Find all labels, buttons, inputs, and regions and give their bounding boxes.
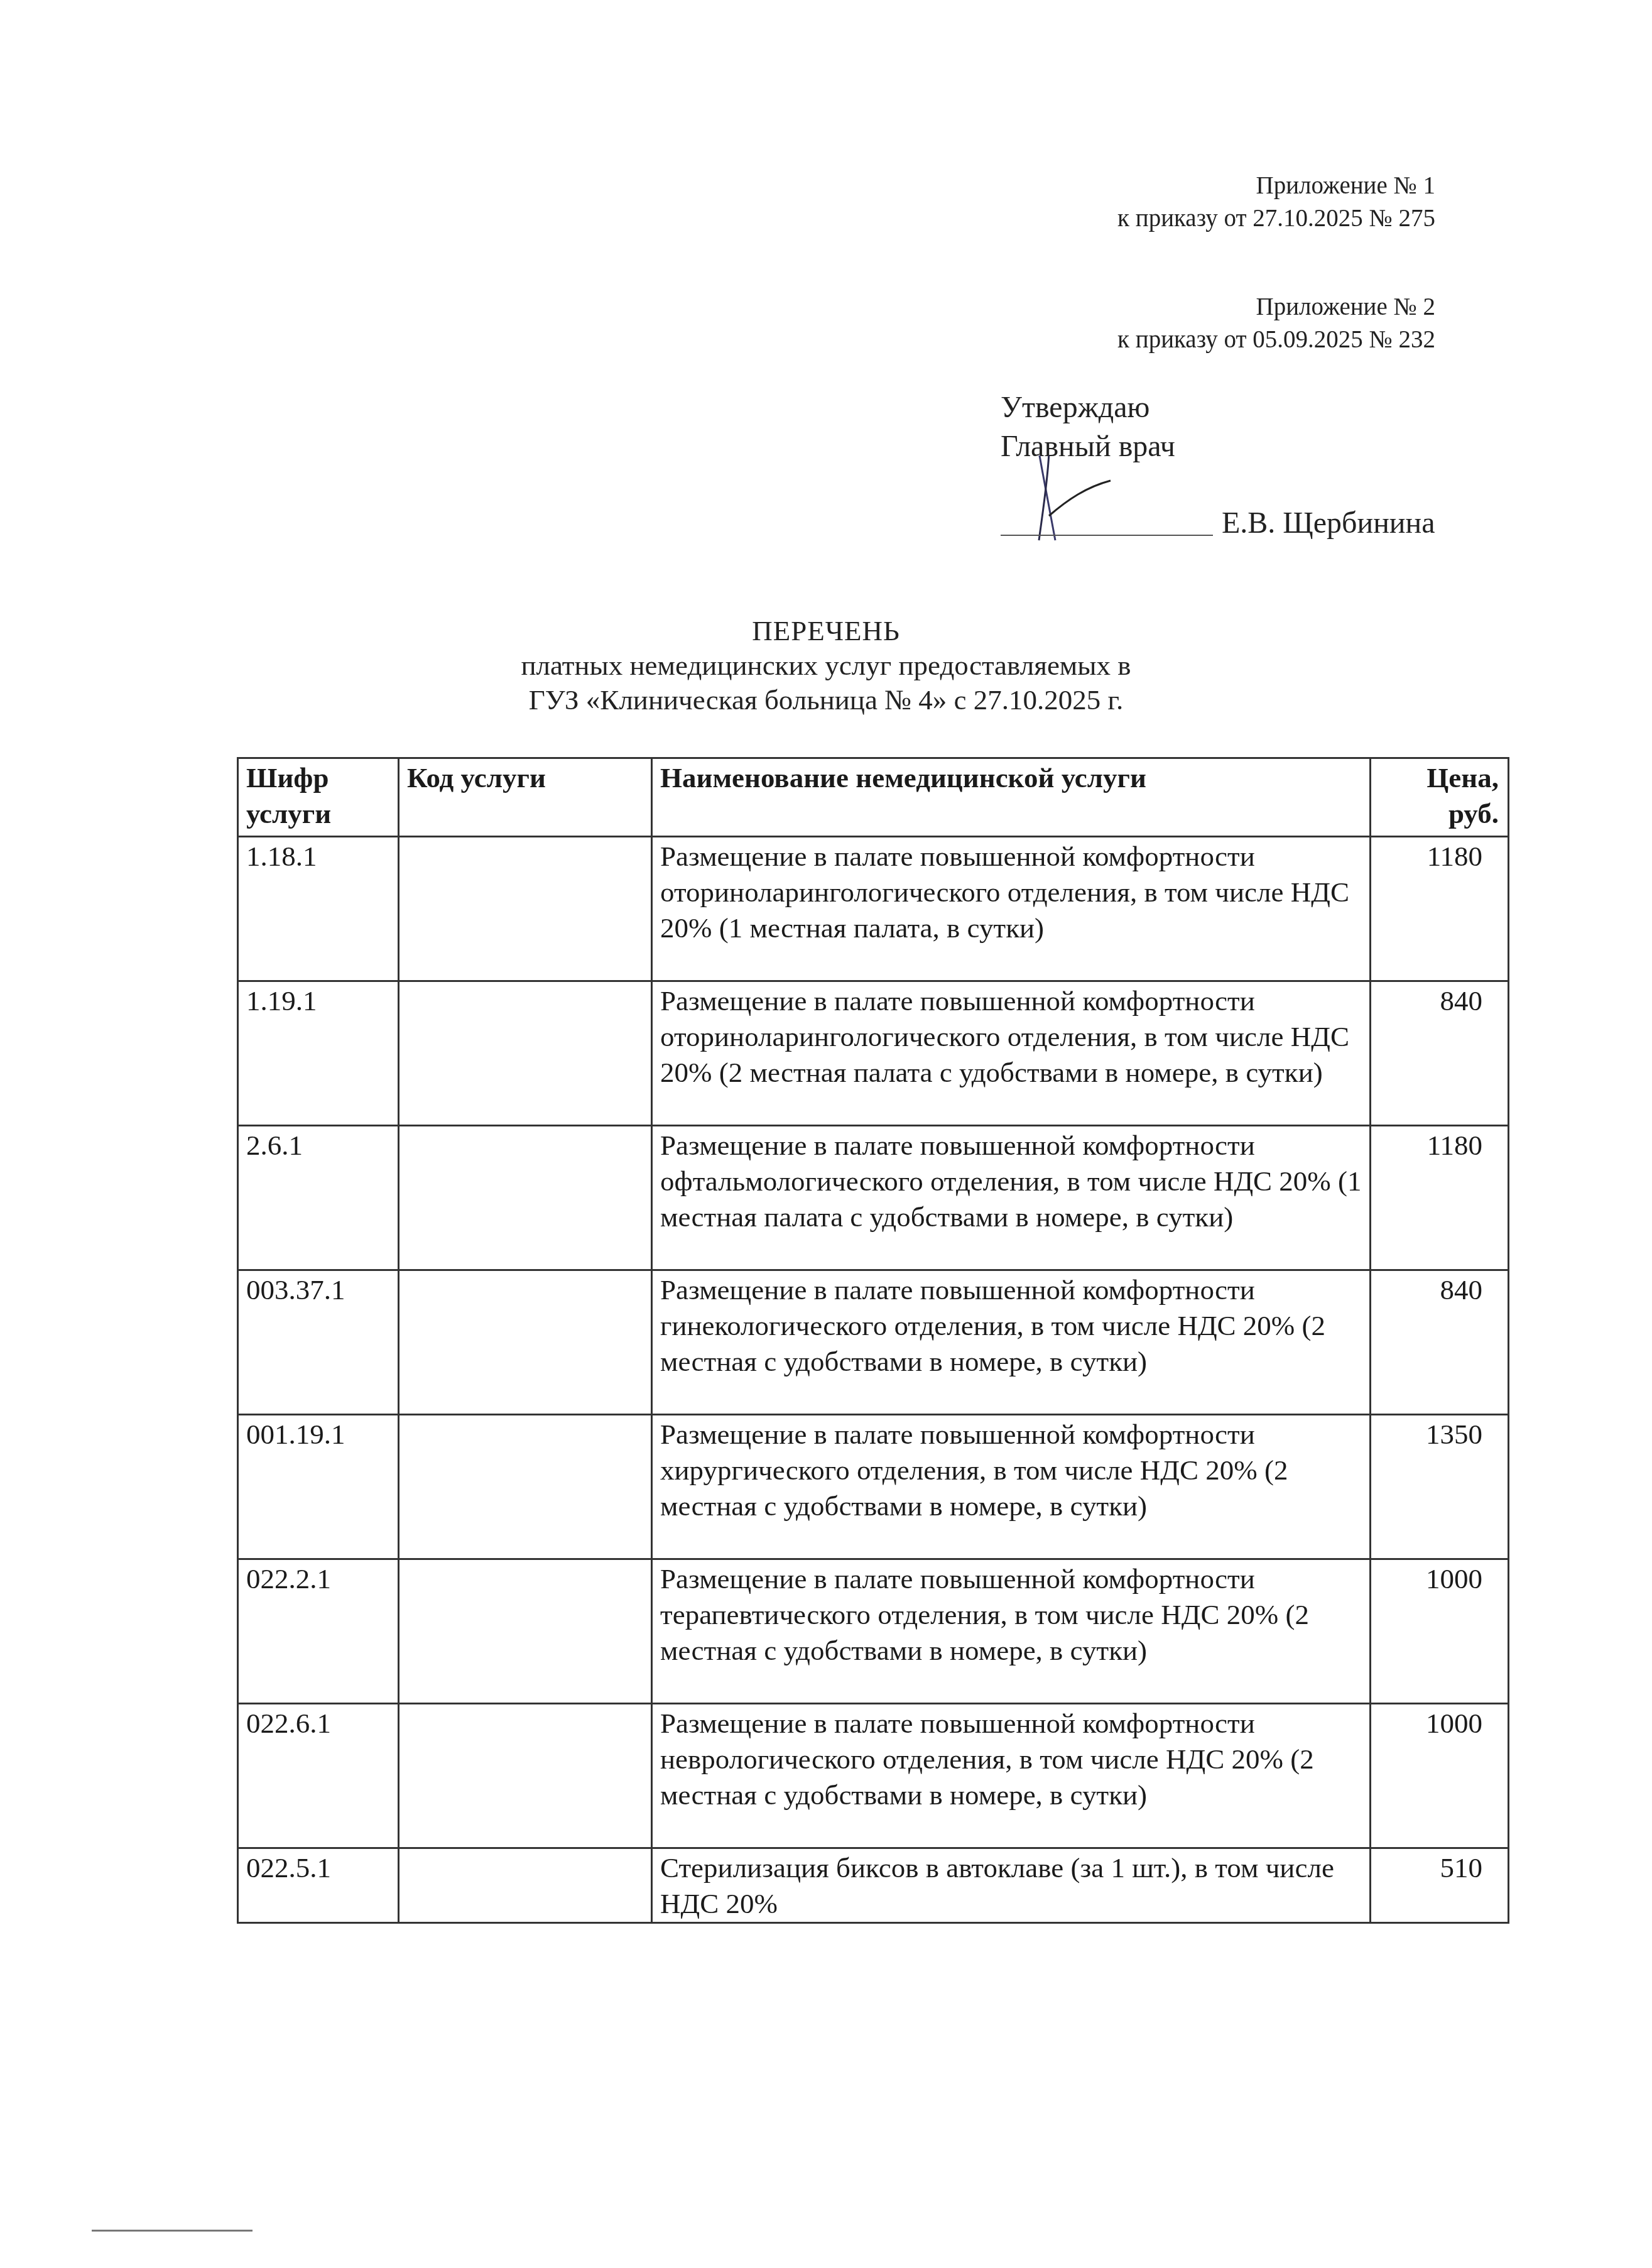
signature-line: [1001, 535, 1213, 536]
cell-service-code: [399, 1415, 652, 1559]
appendix-2-title: Приложение № 2: [1117, 291, 1435, 324]
appendix-2-order: к приказу от 05.09.2025 № 232: [1117, 324, 1435, 356]
appendix-1-order: к приказу от 27.10.2025 № 275: [1117, 202, 1435, 235]
table-row: 022.5.1 Стерилизация биксов в автоклаве …: [238, 1848, 1509, 1923]
footnote-separator-line: [92, 2230, 253, 2232]
header-service-name: Наименование немедицинской услуги: [652, 758, 1371, 837]
title-subtitle-line-2: ГУЗ «Клиническая больница № 4» с 27.10.2…: [0, 683, 1652, 717]
cell-service-name: Размещение в палате повышенной комфортно…: [652, 1559, 1371, 1704]
cell-code: 001.19.1: [238, 1415, 399, 1559]
cell-service-name: Размещение в палате повышенной комфортно…: [652, 1415, 1371, 1559]
header-code: Шифр услуги: [238, 758, 399, 837]
appendix-2-reference: Приложение № 2 к приказу от 05.09.2025 №…: [1117, 291, 1435, 356]
cell-service-name: Размещение в палате повышенной комфортно…: [652, 1126, 1371, 1270]
title-heading: ПЕРЕЧЕНЬ: [0, 614, 1652, 648]
cell-code: 2.6.1: [238, 1126, 399, 1270]
cell-service-name: Размещение в палате повышенной комфортно…: [652, 1270, 1371, 1415]
cell-service-name: Размещение в палате повышенной комфортно…: [652, 981, 1371, 1126]
cell-service-code: [399, 1848, 652, 1923]
cell-price: 1350: [1371, 1415, 1509, 1559]
cell-service-name: Размещение в палате повышенной комфортно…: [652, 1704, 1371, 1848]
cell-code: 1.19.1: [238, 981, 399, 1126]
cell-price: 1000: [1371, 1559, 1509, 1704]
table-row: 001.19.1 Размещение в палате повышенной …: [238, 1415, 1509, 1559]
cell-code: 022.5.1: [238, 1848, 399, 1923]
cell-service-code: [399, 981, 652, 1126]
document-title: ПЕРЕЧЕНЬ платных немедицинских услуг пре…: [0, 614, 1652, 717]
cell-service-name: Размещение в палате повышенной комфортно…: [652, 837, 1371, 981]
cell-service-name: Стерилизация биксов в автоклаве (за 1 шт…: [652, 1848, 1371, 1923]
cell-price: 840: [1371, 1270, 1509, 1415]
cell-code: 003.37.1: [238, 1270, 399, 1415]
table-row: 2.6.1 Размещение в палате повышенной ком…: [238, 1126, 1509, 1270]
approve-label: Утверждаю: [1001, 388, 1175, 427]
table-row: 1.18.1 Размещение в палате повышенной ко…: [238, 837, 1509, 981]
table-row: 1.19.1 Размещение в палате повышенной ко…: [238, 981, 1509, 1126]
header-price: Цена, руб.: [1371, 758, 1509, 837]
table-row: 022.6.1 Размещение в палате повышенной к…: [238, 1704, 1509, 1848]
cell-service-code: [399, 1704, 652, 1848]
title-subtitle-line-1: платных немедицинских услуг предоставляе…: [0, 648, 1652, 683]
header-service-code: Код услуги: [399, 758, 652, 837]
cell-price: 840: [1371, 981, 1509, 1126]
cell-price: 1000: [1371, 1704, 1509, 1848]
appendix-1-reference: Приложение № 1 к приказу от 27.10.2025 №…: [1117, 170, 1435, 235]
cell-service-code: [399, 1270, 652, 1415]
services-price-table: Шифр услуги Код услуги Наименование неме…: [237, 757, 1509, 1924]
cell-price: 1180: [1371, 1126, 1509, 1270]
table-row: 022.2.1 Размещение в палате повышенной к…: [238, 1559, 1509, 1704]
cell-code: 022.6.1: [238, 1704, 399, 1848]
appendix-1-title: Приложение № 1: [1117, 170, 1435, 202]
handwritten-signature-icon: [1030, 455, 1143, 543]
approval-block: Утверждаю Главный врач: [1001, 388, 1175, 466]
signatory-name: Е.В. Щербинина: [1222, 504, 1435, 542]
cell-price: 1180: [1371, 837, 1509, 981]
cell-service-code: [399, 1126, 652, 1270]
table-header-row: Шифр услуги Код услуги Наименование неме…: [238, 758, 1509, 837]
cell-price: 510: [1371, 1848, 1509, 1923]
cell-code: 1.18.1: [238, 837, 399, 981]
cell-service-code: [399, 837, 652, 981]
table-row: 003.37.1 Размещение в палате повышенной …: [238, 1270, 1509, 1415]
cell-service-code: [399, 1559, 652, 1704]
cell-code: 022.2.1: [238, 1559, 399, 1704]
